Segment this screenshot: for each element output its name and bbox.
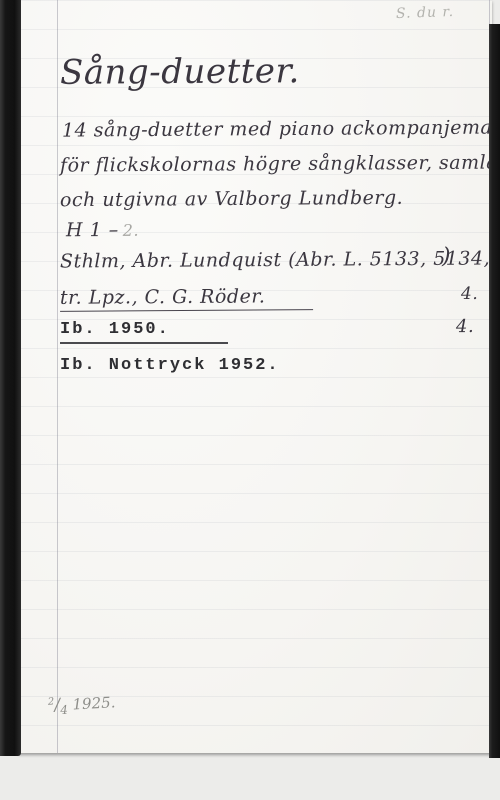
typed-edition-line-1952: Ib. Nottryck 1952. (60, 356, 280, 375)
printer-line: tr. Lpz., C. G. Röder. (60, 285, 313, 312)
format-note-2: 4. (456, 316, 474, 337)
scan-edge-right (489, 24, 500, 758)
accession-date-note: 2/4 1925. (47, 692, 116, 718)
description-line-1: 14 sång-duetter med piano ackompanjemang (62, 116, 500, 141)
date-year: 1925. (72, 693, 116, 713)
left-margin-rule (57, 0, 58, 753)
description-line-2: för flickskolornas högre sångklasser, sa… (60, 151, 500, 176)
scanned-catalog-card-page: S. du r. Sång-duetter. 14 sång-duetter m… (0, 0, 500, 800)
imprint-line: Sthlm, Abr. Lundquist (Abr. L. 5133, 513… (60, 247, 490, 272)
volume-note: H 1 –2. (66, 219, 139, 242)
card-title: Sång-duetter. (60, 51, 300, 93)
typed-edition-line-1950: Ib. 1950. (60, 320, 228, 344)
volume-note-prefix: H 1 – (66, 219, 119, 241)
imprint-close-paren: ) (442, 244, 451, 269)
corner-shelfmark-note: S. du r. (396, 4, 455, 22)
scan-edge-left (0, 0, 21, 756)
description-line-3: och utgivna av Valborg Lundberg. (60, 187, 403, 211)
catalog-card: S. du r. Sång-duetter. 14 sång-duetter m… (18, 0, 492, 753)
date-denominator: 4 (60, 703, 68, 717)
volume-note-pencil-suffix: 2. (123, 221, 139, 240)
format-note-1: 4. (461, 284, 478, 304)
